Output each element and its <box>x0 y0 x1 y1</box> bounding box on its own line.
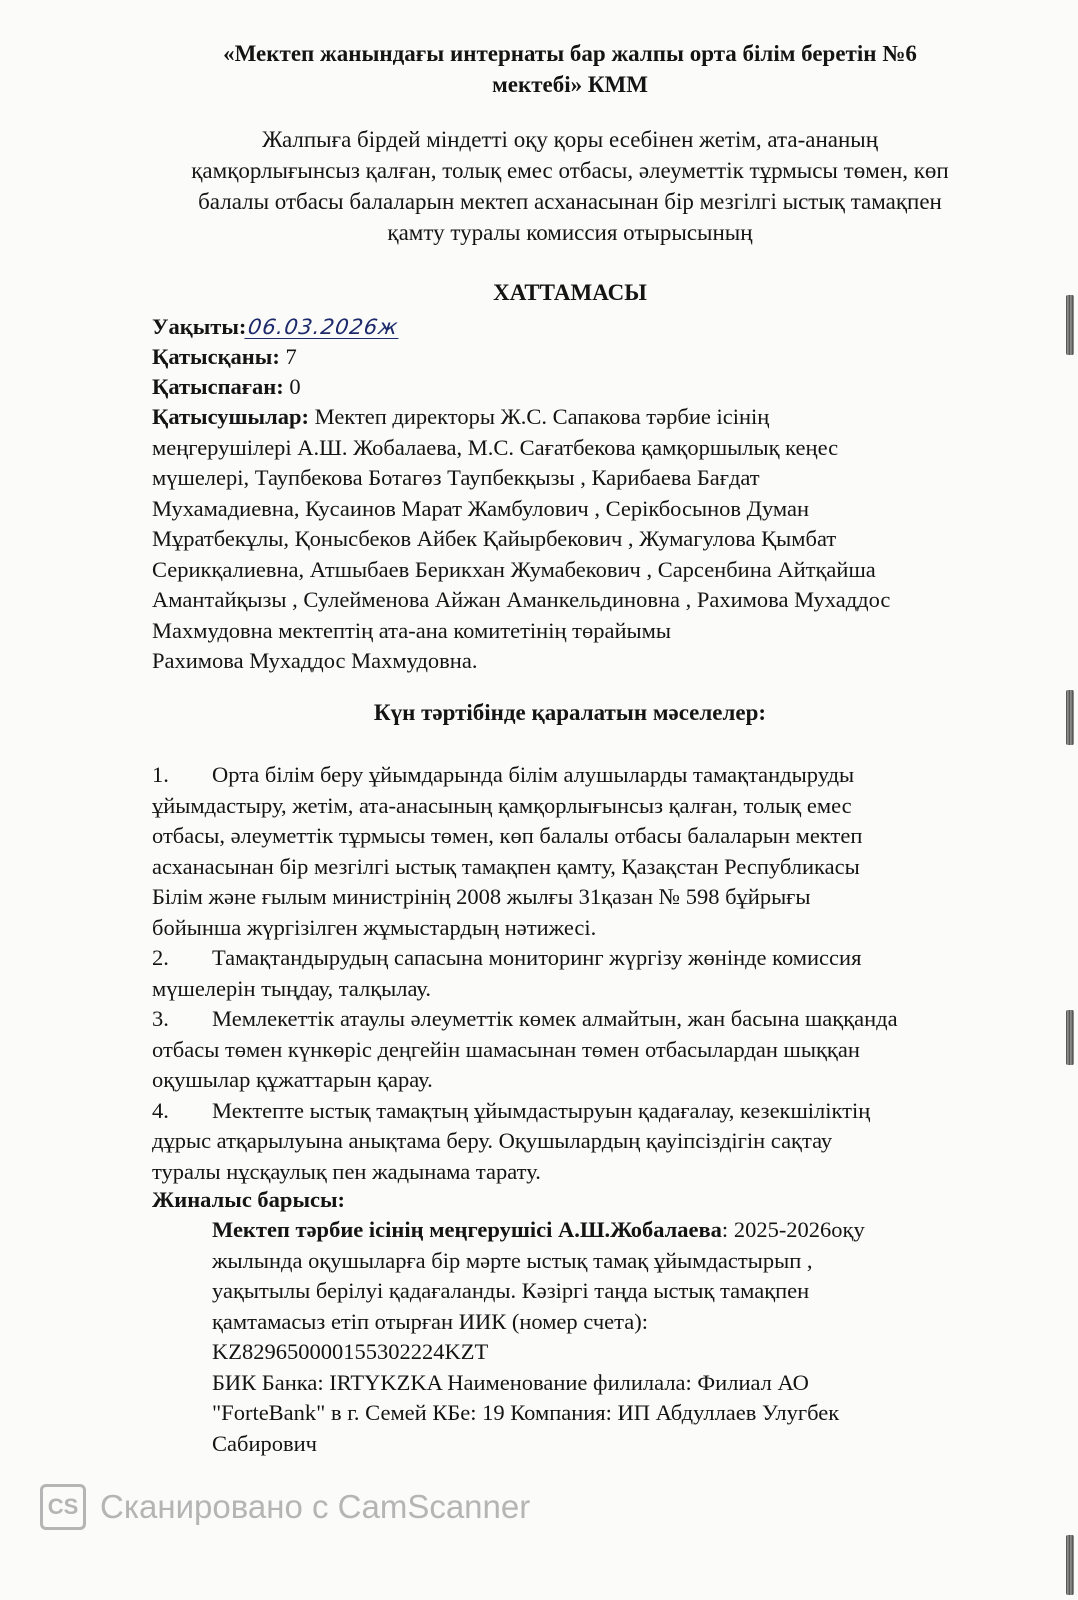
scan-artifact-mark <box>1066 295 1074 355</box>
participants-label: Қатысушылар: <box>152 404 309 429</box>
agenda-item-line: мүшелерін тыңдау, талқылау. <box>152 974 1002 1005</box>
agenda-item: 1.Орта білім беру ұйымдарында білім алуш… <box>152 760 1002 943</box>
agenda-item-number: 4. <box>152 1096 212 1127</box>
camscanner-watermark: CS Сканировано с CamScanner <box>40 1484 530 1530</box>
agenda-item-number: 1. <box>152 760 212 791</box>
agenda-item: 4.Мектепте ыстық тамақтың ұйымдастыруын … <box>152 1096 1002 1188</box>
scanned-document-page: «Мектеп жанындағы интернаты бар жалпы ор… <box>0 0 1078 1600</box>
agenda-heading: Күн тәртібінде қаралатын мәселелер: <box>140 700 1000 726</box>
participants-line: Рахимова Мухаддос Махмудовна. <box>152 646 1002 677</box>
scan-artifact-mark <box>1066 1535 1074 1595</box>
absent-row: Қатыспаған: 0 <box>152 372 1002 402</box>
absent-count: 0 <box>289 374 300 399</box>
agenda-item-line: туралы нұсқаулық пен жадынама тарату. <box>152 1157 1002 1188</box>
agenda-item-line: бойынша жүргізілген жұмыстардың нәтижесі… <box>152 913 1002 944</box>
scan-artifact-mark <box>1066 1010 1074 1065</box>
present-label: Қатысқаны: <box>152 344 280 369</box>
agenda-item-text: Мектепте ыстық тамақтың ұйымдастыруын қа… <box>212 1098 870 1123</box>
proceedings-line: БИК Банка: IRTYKZKA Наименование филилал… <box>212 1368 1012 1399</box>
agenda-list: 1.Орта білім беру ұйымдарында білім алуш… <box>152 760 1002 1187</box>
agenda-item-line: асханасынан бір мезгілгі ыстық тамақпен … <box>152 852 1002 883</box>
participants-section: Қатысушылар: Мектеп директоры Ж.С. Сапак… <box>152 402 1002 677</box>
proceedings-line: "ForteBank" в г. Семей КБе: 19 Компания:… <box>212 1398 1012 1429</box>
watermark-text: Сканировано с CamScanner <box>100 1488 530 1526</box>
agenda-item-line: оқушылар құжаттарын қарау. <box>152 1065 1002 1096</box>
subtitle-line: қамқорлығынсыз қалған, толық емес отбасы… <box>140 155 1000 186</box>
meeting-meta: Уақыты:06.03.2026ж Қатысқаны: 7 Қатыспағ… <box>152 312 1002 402</box>
agenda-item-number: 3. <box>152 1004 212 1035</box>
agenda-item-line: дұрыс атқарылуына анықтама беру. Оқушыла… <box>152 1126 1002 1157</box>
participants-line: Мұратбекұлы, Қонысбеков Айбек Қайырбеков… <box>152 524 1002 555</box>
speaker-name: Мектеп тәрбие ісінің меңгерушісі А.Ш.Жоб… <box>212 1217 722 1242</box>
present-count: 7 <box>285 344 296 369</box>
agenda-item-line: ұйымдастыру, жетім, ата-анасының қамқорл… <box>152 791 1002 822</box>
participants-line: Серикқалиевна, Атшыбаев Берикхан Жумабек… <box>152 555 1002 586</box>
participants-line: Амантайқызы , Сулейменова Айжан Аманкель… <box>152 585 1002 616</box>
subtitle-line: балалы отбасы балаларын мектеп асханасын… <box>140 186 1000 217</box>
participants-first-line: Қатысушылар: Мектеп директоры Ж.С. Сапак… <box>152 402 1002 433</box>
document-subtitle: Жалпыға бірдей міндетті оқу қоры есебіне… <box>140 124 1000 248</box>
date-label: Уақыты: <box>152 314 246 339</box>
agenda-item-text: Мемлекеттік атаулы әлеуметтік көмек алма… <box>212 1006 898 1031</box>
document-title: «Мектеп жанындағы интернаты бар жалпы ор… <box>140 38 1000 100</box>
agenda-item-text: Тамақтандырудың сапасына мониторинг жүрг… <box>212 945 861 970</box>
proceedings-heading: Жиналыс барысы: <box>152 1185 1002 1215</box>
present-row: Қатысқаны: 7 <box>152 342 1002 372</box>
agenda-item-line: отбасы, әлеуметтік тұрмысы төмен, көп ба… <box>152 821 1002 852</box>
protocol-heading: ХАТТАМАСЫ <box>140 278 1000 308</box>
participants-text: Мектеп директоры Ж.С. Сапакова тәрбие іс… <box>309 404 769 429</box>
camscanner-logo-icon: CS <box>40 1484 86 1530</box>
account-number: KZ829650000155302224KZT <box>212 1337 1012 1368</box>
proceedings-first-line: Мектеп тәрбие ісінің меңгерушісі А.Ш.Жоб… <box>212 1215 1012 1246</box>
agenda-item: 3.Мемлекеттік атаулы әлеуметтік көмек ал… <box>152 1004 1002 1096</box>
proceedings-line: жылында оқушыларға бір мәрте ыстық тамақ… <box>212 1246 1012 1277</box>
scan-artifact-mark <box>1066 690 1074 745</box>
participants-line: Мухамадиевна, Кусаинов Марат Жамбулович … <box>152 494 1002 525</box>
subtitle-line: Жалпыға бірдей міндетті оқу қоры есебіне… <box>140 124 1000 155</box>
agenda-item-number: 2. <box>152 943 212 974</box>
agenda-item-line: отбасы төмен күнкөріс деңгейін шамасынан… <box>152 1035 1002 1066</box>
participants-line: мүшелері, Таупбекова Ботагөз Таупбекқызы… <box>152 463 1002 494</box>
agenda-item-text: Орта білім беру ұйымдарында білім алушыл… <box>212 762 854 787</box>
proceedings-line: қамтамасыз етіп отырған ИИК (номер счета… <box>212 1307 1012 1338</box>
agenda-item-line: Білім және ғылым министрінің 2008 жылғы … <box>152 882 1002 913</box>
participants-line: меңгерушілері А.Ш. Жобалаева, М.С. Сағат… <box>152 433 1002 464</box>
proceedings-body: Мектеп тәрбие ісінің меңгерушісі А.Ш.Жоб… <box>212 1215 1012 1459</box>
title-line: мектебі» КММ <box>140 69 1000 100</box>
proceedings-line: Сабирович <box>212 1429 1012 1460</box>
proceedings-line: уақытылы берілуі қадағаланды. Кәзіргі та… <box>212 1276 1012 1307</box>
proceedings-text: 2025-2026оқу <box>728 1217 865 1242</box>
title-line: «Мектеп жанындағы интернаты бар жалпы ор… <box>140 38 1000 69</box>
subtitle-line: қамту туралы комиссия отырысының <box>140 217 1000 248</box>
absent-label: Қатыспаған: <box>152 374 284 399</box>
participants-line: Махмудовна мектептің ата-ана комитетінің… <box>152 616 1002 647</box>
handwritten-date: 06.03.2026ж <box>245 316 402 339</box>
date-row: Уақыты:06.03.2026ж <box>152 312 1002 342</box>
agenda-item: 2.Тамақтандырудың сапасына мониторинг жү… <box>152 943 1002 1004</box>
